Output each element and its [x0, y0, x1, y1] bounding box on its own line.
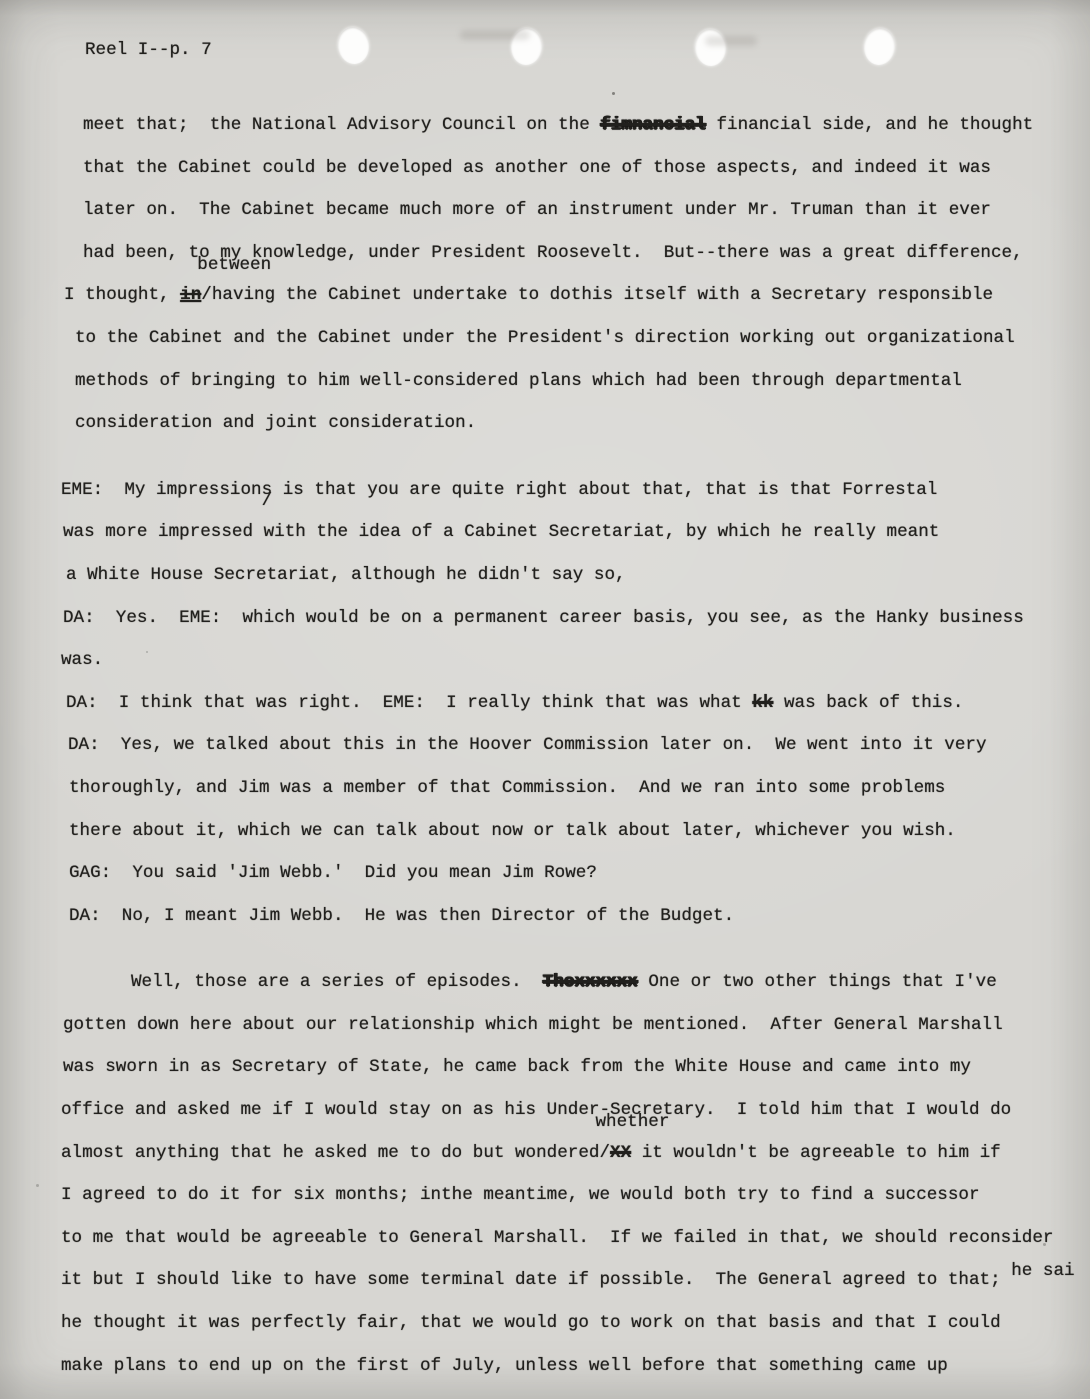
document-line: GAG: You said 'Jim Webb.' Did you mean J… — [69, 852, 1090, 895]
text-run: make plans to end up on the first of Jul… — [61, 1356, 948, 1376]
text-run: Well, those are a series of episodes. — [131, 972, 543, 992]
document-line: office and asked me if I would stay on a… — [61, 1089, 1090, 1132]
interline-insertion-text: between — [197, 244, 271, 287]
text-raised: he sai — [1001, 1261, 1075, 1281]
text-run: I thought, — [64, 285, 180, 305]
text-blot: fimnancial — [600, 115, 706, 135]
paper-smudge — [705, 36, 757, 46]
text-run: financial side, and he thought — [706, 115, 1033, 135]
text-run: was. — [61, 650, 103, 670]
text-run: /having the Cabinet undertake to dothis … — [201, 285, 993, 305]
document-line: Well, those are a series of episodes. Th… — [131, 961, 1090, 1004]
text-run: a White House Secretariat, although he d… — [66, 565, 626, 585]
text-strike: kk — [752, 693, 773, 713]
document-line: later on. The Cabinet became much more o… — [83, 189, 1090, 232]
punch-hole — [862, 26, 897, 67]
text-strikeu: in — [180, 285, 201, 305]
text-run: I agreed to do it for six months; inthe … — [61, 1185, 980, 1205]
paper-speck — [36, 1184, 39, 1187]
text-run: DA: Yes, we talked about this in the Hoo… — [68, 735, 987, 755]
text-run: he thought it was perfectly fair, that w… — [61, 1313, 1001, 1333]
text-run: consideration and joint consideration. — [75, 413, 476, 433]
document-line: DA: No, I meant Jim Webb. He was then Di… — [69, 895, 1090, 938]
text-run: EME: My impression — [61, 480, 262, 500]
text-strike: XX — [610, 1143, 631, 1163]
document-line: I thought, inbetween/having the Cabinet … — [64, 274, 1090, 317]
text-run: GAG: You said 'Jim Webb.' Did you mean J… — [69, 863, 597, 883]
document-line: methods of bringing to him well-consider… — [75, 360, 1090, 403]
paper-speck — [612, 92, 615, 95]
text-run: thoroughly, and Jim was a member of that… — [69, 778, 945, 798]
text-run: to the Cabinet and the Cabinet under the… — [75, 328, 1015, 348]
text-run: there about it, which we can talk about … — [69, 821, 956, 841]
text-run: / — [599, 1143, 610, 1163]
text-blot: Thexxxxxx — [543, 972, 638, 992]
document-line: DA: Yes, we talked about this in the Hoo… — [68, 724, 1090, 767]
document-line: DA: Yes. EME: which would be on a perman… — [63, 597, 1090, 640]
text-run: DA: Yes. EME: which would be on a perman… — [63, 608, 1024, 628]
document-line: to me that would be agreeable to General… — [61, 1217, 1090, 1260]
paper-smudge — [460, 30, 530, 40]
document-line: there about it, which we can talk about … — [69, 810, 1090, 853]
document-line: almost anything that he asked me to do b… — [61, 1132, 1090, 1175]
text-run: it but I should like to have some termin… — [61, 1270, 1001, 1290]
text-run: office and asked me if I would stay on a… — [61, 1100, 1011, 1120]
interline-insertion-text: whether — [595, 1101, 669, 1144]
document-line: EME: My impressions is that you are quit… — [61, 469, 1090, 512]
text-run: was sworn in as Secretary of State, he c… — [63, 1057, 971, 1077]
document-line: I agreed to do it for six months; inthe … — [61, 1174, 1090, 1217]
document-line: consideration and joint consideration. — [75, 402, 1090, 445]
document-line: thoroughly, and Jim was a member of that… — [69, 767, 1090, 810]
text-run: it wouldn't be agreeable to him if — [631, 1143, 1001, 1163]
document-line: DA: I think that was right. EME: I reall… — [66, 682, 1090, 725]
document-line: was. — [61, 639, 1090, 682]
text-run: that the Cabinet could be developed as a… — [83, 158, 991, 178]
document-line: he thought it was perfectly fair, that w… — [61, 1302, 1090, 1345]
text-run: is that you are quite right about that, … — [272, 480, 937, 500]
text-slash: s — [262, 480, 273, 500]
document-lines: meet that; the National Advisory Council… — [61, 104, 1090, 1387]
document-line: that the Cabinet could be developed as a… — [83, 147, 1090, 190]
document-line: a White House Secretariat, although he d… — [66, 554, 1090, 597]
text-run: One or two other things that I've — [638, 972, 997, 992]
document-line: to the Cabinet and the Cabinet under the… — [75, 317, 1090, 360]
text-run: was more impressed with the idea of a Ca… — [63, 522, 939, 542]
punch-hole — [694, 28, 728, 67]
document-line: it but I should like to have some termin… — [61, 1259, 1090, 1302]
text-run: later on. The Cabinet became much more o… — [83, 200, 991, 220]
page-header: Reel I--p. 7 — [85, 40, 212, 60]
document-line: was sworn in as Secretary of State, he c… — [63, 1046, 1090, 1089]
document-line: meet that; the National Advisory Council… — [83, 104, 1090, 147]
document-line: was more impressed with the idea of a Ca… — [63, 511, 1090, 554]
text-run: gotten down here about our relationship … — [63, 1015, 1003, 1035]
text-run: almost anything that he asked me to do b… — [61, 1143, 599, 1163]
document-line: gotten down here about our relationship … — [63, 1004, 1090, 1047]
text-run: meet that; the National Advisory Council… — [83, 115, 600, 135]
text-run: DA: I think that was right. EME: I reall… — [66, 693, 752, 713]
document-line: make plans to end up on the first of Jul… — [61, 1345, 1090, 1388]
text-run: to me that would be agreeable to General… — [61, 1228, 1053, 1248]
punch-hole — [336, 25, 372, 66]
text-run: DA: No, I meant Jim Webb. He was then Di… — [69, 906, 734, 926]
text-run: methods of bringing to him well-consider… — [75, 371, 962, 391]
text-run: was back of this. — [773, 693, 963, 713]
document-page: Reel I--p. 7 meet that; the National Adv… — [0, 0, 1090, 1399]
